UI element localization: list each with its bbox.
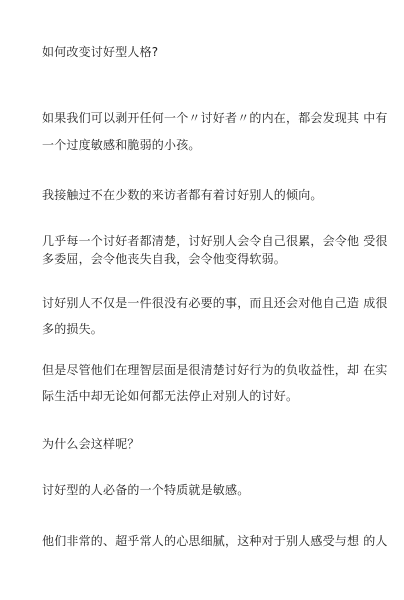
- paragraph-line: 如果我们可以剥开任何一个〃讨好者〃的内在，都会发现其 中有: [42, 111, 388, 125]
- paragraph-line: 多的损失。: [42, 322, 103, 336]
- paragraph-line: 讨好别人不仅是一件很没有必要的事，而且还会对他自己造 成很: [42, 296, 388, 310]
- paragraph-line: 际生活中却无论如何都无法停止对别人的讨好。: [42, 389, 298, 403]
- paragraph-line: 讨好型的人必备的一个特质就是敏感。: [42, 483, 249, 497]
- paragraph-line: 为什么会这样呢？: [42, 437, 140, 451]
- paragraph-line: 我接触过不在少数的来访者都有着讨好别人的倾向。: [42, 188, 323, 202]
- paragraph-line: 一个过度敏感和脆弱的小孩。: [42, 138, 201, 152]
- paragraph-line: 他们非常的、超乎常人的心思细腻，这种对于别人感受与想 的人: [42, 534, 388, 548]
- paragraph-line: 多委屈，会令他丧失自我，会令他变得软弱。: [42, 252, 286, 266]
- article-title: 如何改变讨好型人格?: [42, 45, 158, 59]
- paragraph-line: 但是尽管他们在理智层面是很清楚讨好行为的负收益性，却 在实: [42, 363, 388, 377]
- paragraph-line: 几乎每一个讨好者都清楚，讨好别人会令自己很累，会令他 受很: [42, 234, 388, 248]
